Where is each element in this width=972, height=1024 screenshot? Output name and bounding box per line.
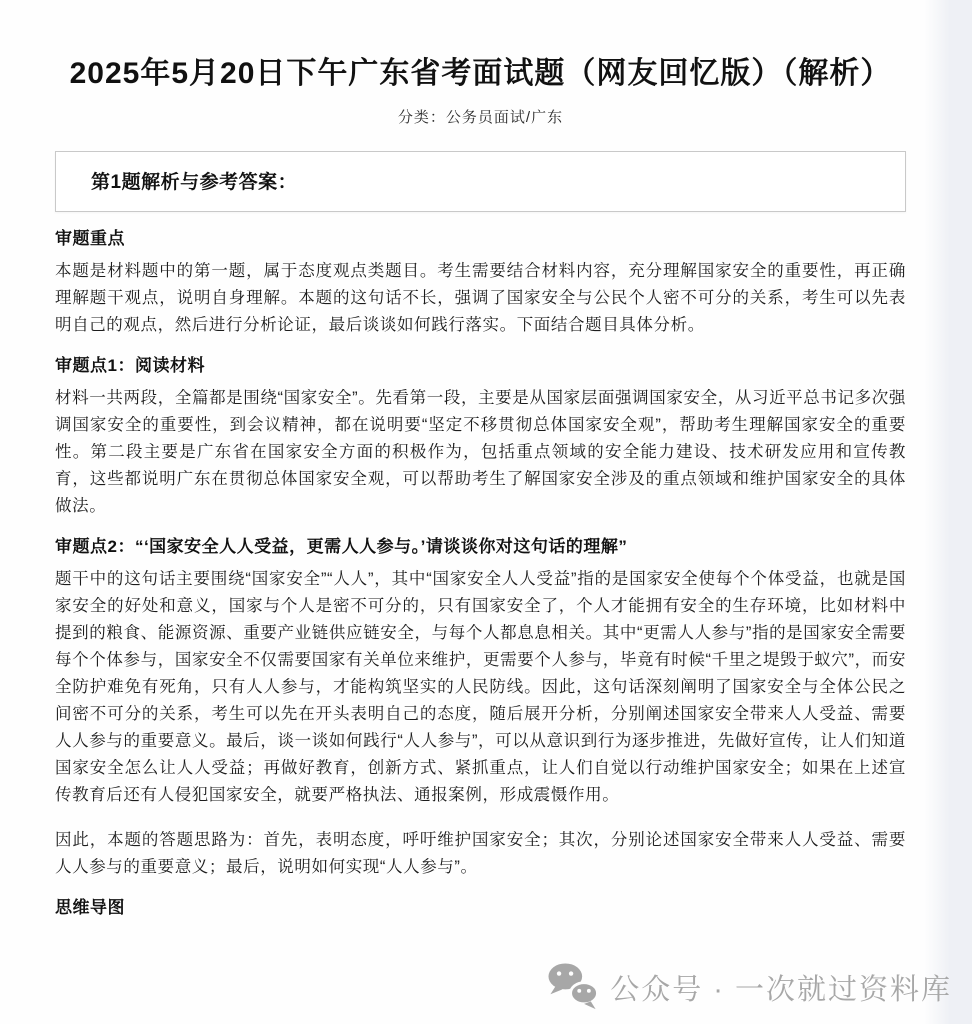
section-paragraph: 材料一共两段，全篇都是围绕“国家安全”。先看第一段，主要是从国家层面强调国家安全…	[55, 385, 906, 520]
page: { "page": { "title": "2025年5月20日下午广东省考面试…	[0, 0, 972, 1024]
section-body: 材料一共两段，全篇都是围绕“国家安全”。先看第一段，主要是从国家层面强调国家安全…	[55, 385, 906, 520]
wechat-icon	[546, 962, 600, 1012]
page-title: 2025年5月20日下午广东省考面试题（网友回忆版）（解析）	[55, 56, 906, 92]
doc-section: 审题点2：“‘国家安全人人受益，更需人人参与。’请谈谈你对这句话的理解” 题干中…	[55, 536, 906, 881]
document-content: 2025年5月20日下午广东省考面试题（网友回忆版）（解析） 分类：公务员面试/…	[0, 0, 972, 919]
brand-footer: 公众号 · 一次就过资料库	[546, 962, 952, 1012]
section-body: 题干中的这句话主要围绕“国家安全”“人人”，其中“国家安全人人受益”指的是国家安…	[55, 566, 906, 881]
section-heading: 审题重点	[55, 228, 906, 250]
section-body: 本题是材料题中的第一题，属于态度观点类题目。考生需要结合材料内容，充分理解国家安…	[55, 258, 906, 339]
brand-text: 公众号 · 一次就过资料库	[610, 967, 952, 1008]
doc-section: 审题点1：阅读材料 材料一共两段，全篇都是围绕“国家安全”。先看第一段，主要是从…	[55, 355, 906, 520]
category-label: 分类：公务员面试/广东	[55, 106, 906, 127]
section-paragraph: 因此，本题的答题思路为：首先，表明态度，呼吁维护国家安全；其次，分别论述国家安全…	[55, 827, 906, 881]
sections: 审题重点 本题是材料题中的第一题，属于态度观点类题目。考生需要结合材料内容，充分…	[55, 228, 906, 919]
section-paragraph: 本题是材料题中的第一题，属于态度观点类题目。考生需要结合材料内容，充分理解国家安…	[55, 258, 906, 339]
doc-section: 思维导图	[55, 897, 906, 919]
section-heading: 审题点1：阅读材料	[55, 355, 906, 377]
section-heading: 思维导图	[55, 897, 906, 919]
section-paragraph: 题干中的这句话主要围绕“国家安全”“人人”，其中“国家安全人人受益”指的是国家安…	[55, 566, 906, 809]
answer-box-heading: 第1题解析与参考答案：	[91, 172, 297, 193]
doc-section: 审题重点 本题是材料题中的第一题，属于态度观点类题目。考生需要结合材料内容，充分…	[55, 228, 906, 339]
section-heading: 审题点2：“‘国家安全人人受益，更需人人参与。’请谈谈你对这句话的理解”	[55, 536, 906, 558]
answer-section-box: 第1题解析与参考答案：	[55, 151, 906, 212]
